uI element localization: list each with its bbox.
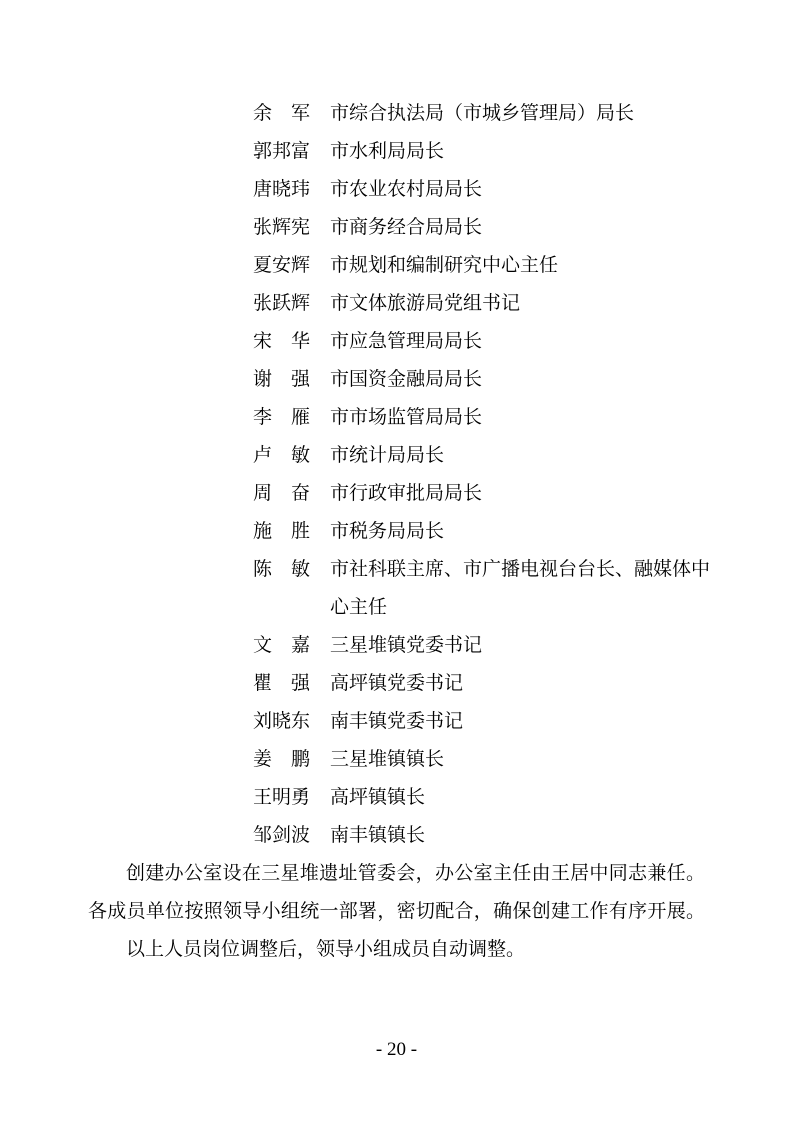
person-name: 唐晓玮 <box>253 171 330 209</box>
person-title: 南丰镇党委书记 <box>330 703 715 741</box>
roster-row: 文 嘉 三星堆镇党委书记 <box>253 627 705 665</box>
person-title: 市统计局局长 <box>330 437 715 475</box>
roster-row: 李 雁 市市场监管局局长 <box>253 399 705 437</box>
person-name: 刘晓东 <box>253 703 330 741</box>
person-title: 市市场监管局局长 <box>330 399 715 437</box>
person-name: 施 胜 <box>253 513 330 551</box>
person-name: 余 军 <box>253 95 330 133</box>
person-title: 市社科联主席、市广播电视台台长、融媒体中心主任 <box>330 551 715 627</box>
person-title: 市行政审批局局长 <box>330 475 715 513</box>
roster-row: 刘晓东 南丰镇党委书记 <box>253 703 705 741</box>
person-name: 李 雁 <box>253 399 330 437</box>
person-name: 夏安辉 <box>253 247 330 285</box>
paragraph-adjustment: 以上人员岗位调整后，领导小组成员自动调整。 <box>88 931 705 969</box>
person-title: 市商务经合局局长 <box>330 209 715 247</box>
person-name: 宋 华 <box>253 323 330 361</box>
person-title: 市文体旅游局党组书记 <box>330 285 715 323</box>
roster-row: 郭邦富 市水利局局长 <box>253 133 705 171</box>
roster-row: 宋 华 市应急管理局局长 <box>253 323 705 361</box>
person-name: 文 嘉 <box>253 627 330 665</box>
roster-row: 周 奋 市行政审批局局长 <box>253 475 705 513</box>
person-name: 卢 敏 <box>253 437 330 475</box>
roster-row: 卢 敏 市统计局局长 <box>253 437 705 475</box>
person-title: 市规划和编制研究中心主任 <box>330 247 715 285</box>
person-name: 王明勇 <box>253 779 330 817</box>
roster-row: 谢 强 市国资金融局局长 <box>253 361 705 399</box>
person-name: 姜 鹏 <box>253 741 330 779</box>
person-name: 张跃辉 <box>253 285 330 323</box>
roster-row: 唐晓玮 市农业农村局局长 <box>253 171 705 209</box>
roster-row: 姜 鹏 三星堆镇镇长 <box>253 741 705 779</box>
person-title: 市国资金融局局长 <box>330 361 715 399</box>
roster-row: 陈 敏 市社科联主席、市广播电视台台长、融媒体中心主任 <box>253 551 705 627</box>
person-title: 市综合执法局（市城乡管理局）局长 <box>330 95 715 133</box>
person-name: 邹剑波 <box>253 817 330 855</box>
person-title: 高坪镇党委书记 <box>330 665 715 703</box>
person-title: 市农业农村局局长 <box>330 171 715 209</box>
person-title: 三星堆镇镇长 <box>330 741 715 779</box>
person-title: 高坪镇镇长 <box>330 779 715 817</box>
roster-row: 张辉宪 市商务经合局局长 <box>253 209 705 247</box>
person-title: 市应急管理局局长 <box>330 323 715 361</box>
person-name: 陈 敏 <box>253 551 330 589</box>
roster-row: 夏安辉 市规划和编制研究中心主任 <box>253 247 705 285</box>
person-name: 谢 强 <box>253 361 330 399</box>
person-title: 市税务局局长 <box>330 513 715 551</box>
roster-row: 张跃辉 市文体旅游局党组书记 <box>253 285 705 323</box>
person-name: 瞿 强 <box>253 665 330 703</box>
person-name: 周 奋 <box>253 475 330 513</box>
document-page: 余 军 市综合执法局（市城乡管理局）局长 郭邦富 市水利局局长 唐晓玮 市农业农… <box>0 0 793 1122</box>
roster: 余 军 市综合执法局（市城乡管理局）局长 郭邦富 市水利局局长 唐晓玮 市农业农… <box>253 95 705 855</box>
person-name: 郭邦富 <box>253 133 330 171</box>
roster-row: 余 军 市综合执法局（市城乡管理局）局长 <box>253 95 705 133</box>
person-title: 市水利局局长 <box>330 133 715 171</box>
person-title: 三星堆镇党委书记 <box>330 627 715 665</box>
roster-row: 邹剑波 南丰镇镇长 <box>253 817 705 855</box>
page-number: - 20 - <box>0 1038 793 1062</box>
roster-row: 王明勇 高坪镇镇长 <box>253 779 705 817</box>
page-content: 余 军 市综合执法局（市城乡管理局）局长 郭邦富 市水利局局长 唐晓玮 市农业农… <box>88 95 705 969</box>
paragraph-office: 创建办公室设在三星堆遗址管委会，办公室主任由王居中同志兼任。各成员单位按照领导小… <box>88 855 705 931</box>
roster-row: 施 胜 市税务局局长 <box>253 513 705 551</box>
person-name: 张辉宪 <box>253 209 330 247</box>
person-title: 南丰镇镇长 <box>330 817 715 855</box>
roster-row: 瞿 强 高坪镇党委书记 <box>253 665 705 703</box>
